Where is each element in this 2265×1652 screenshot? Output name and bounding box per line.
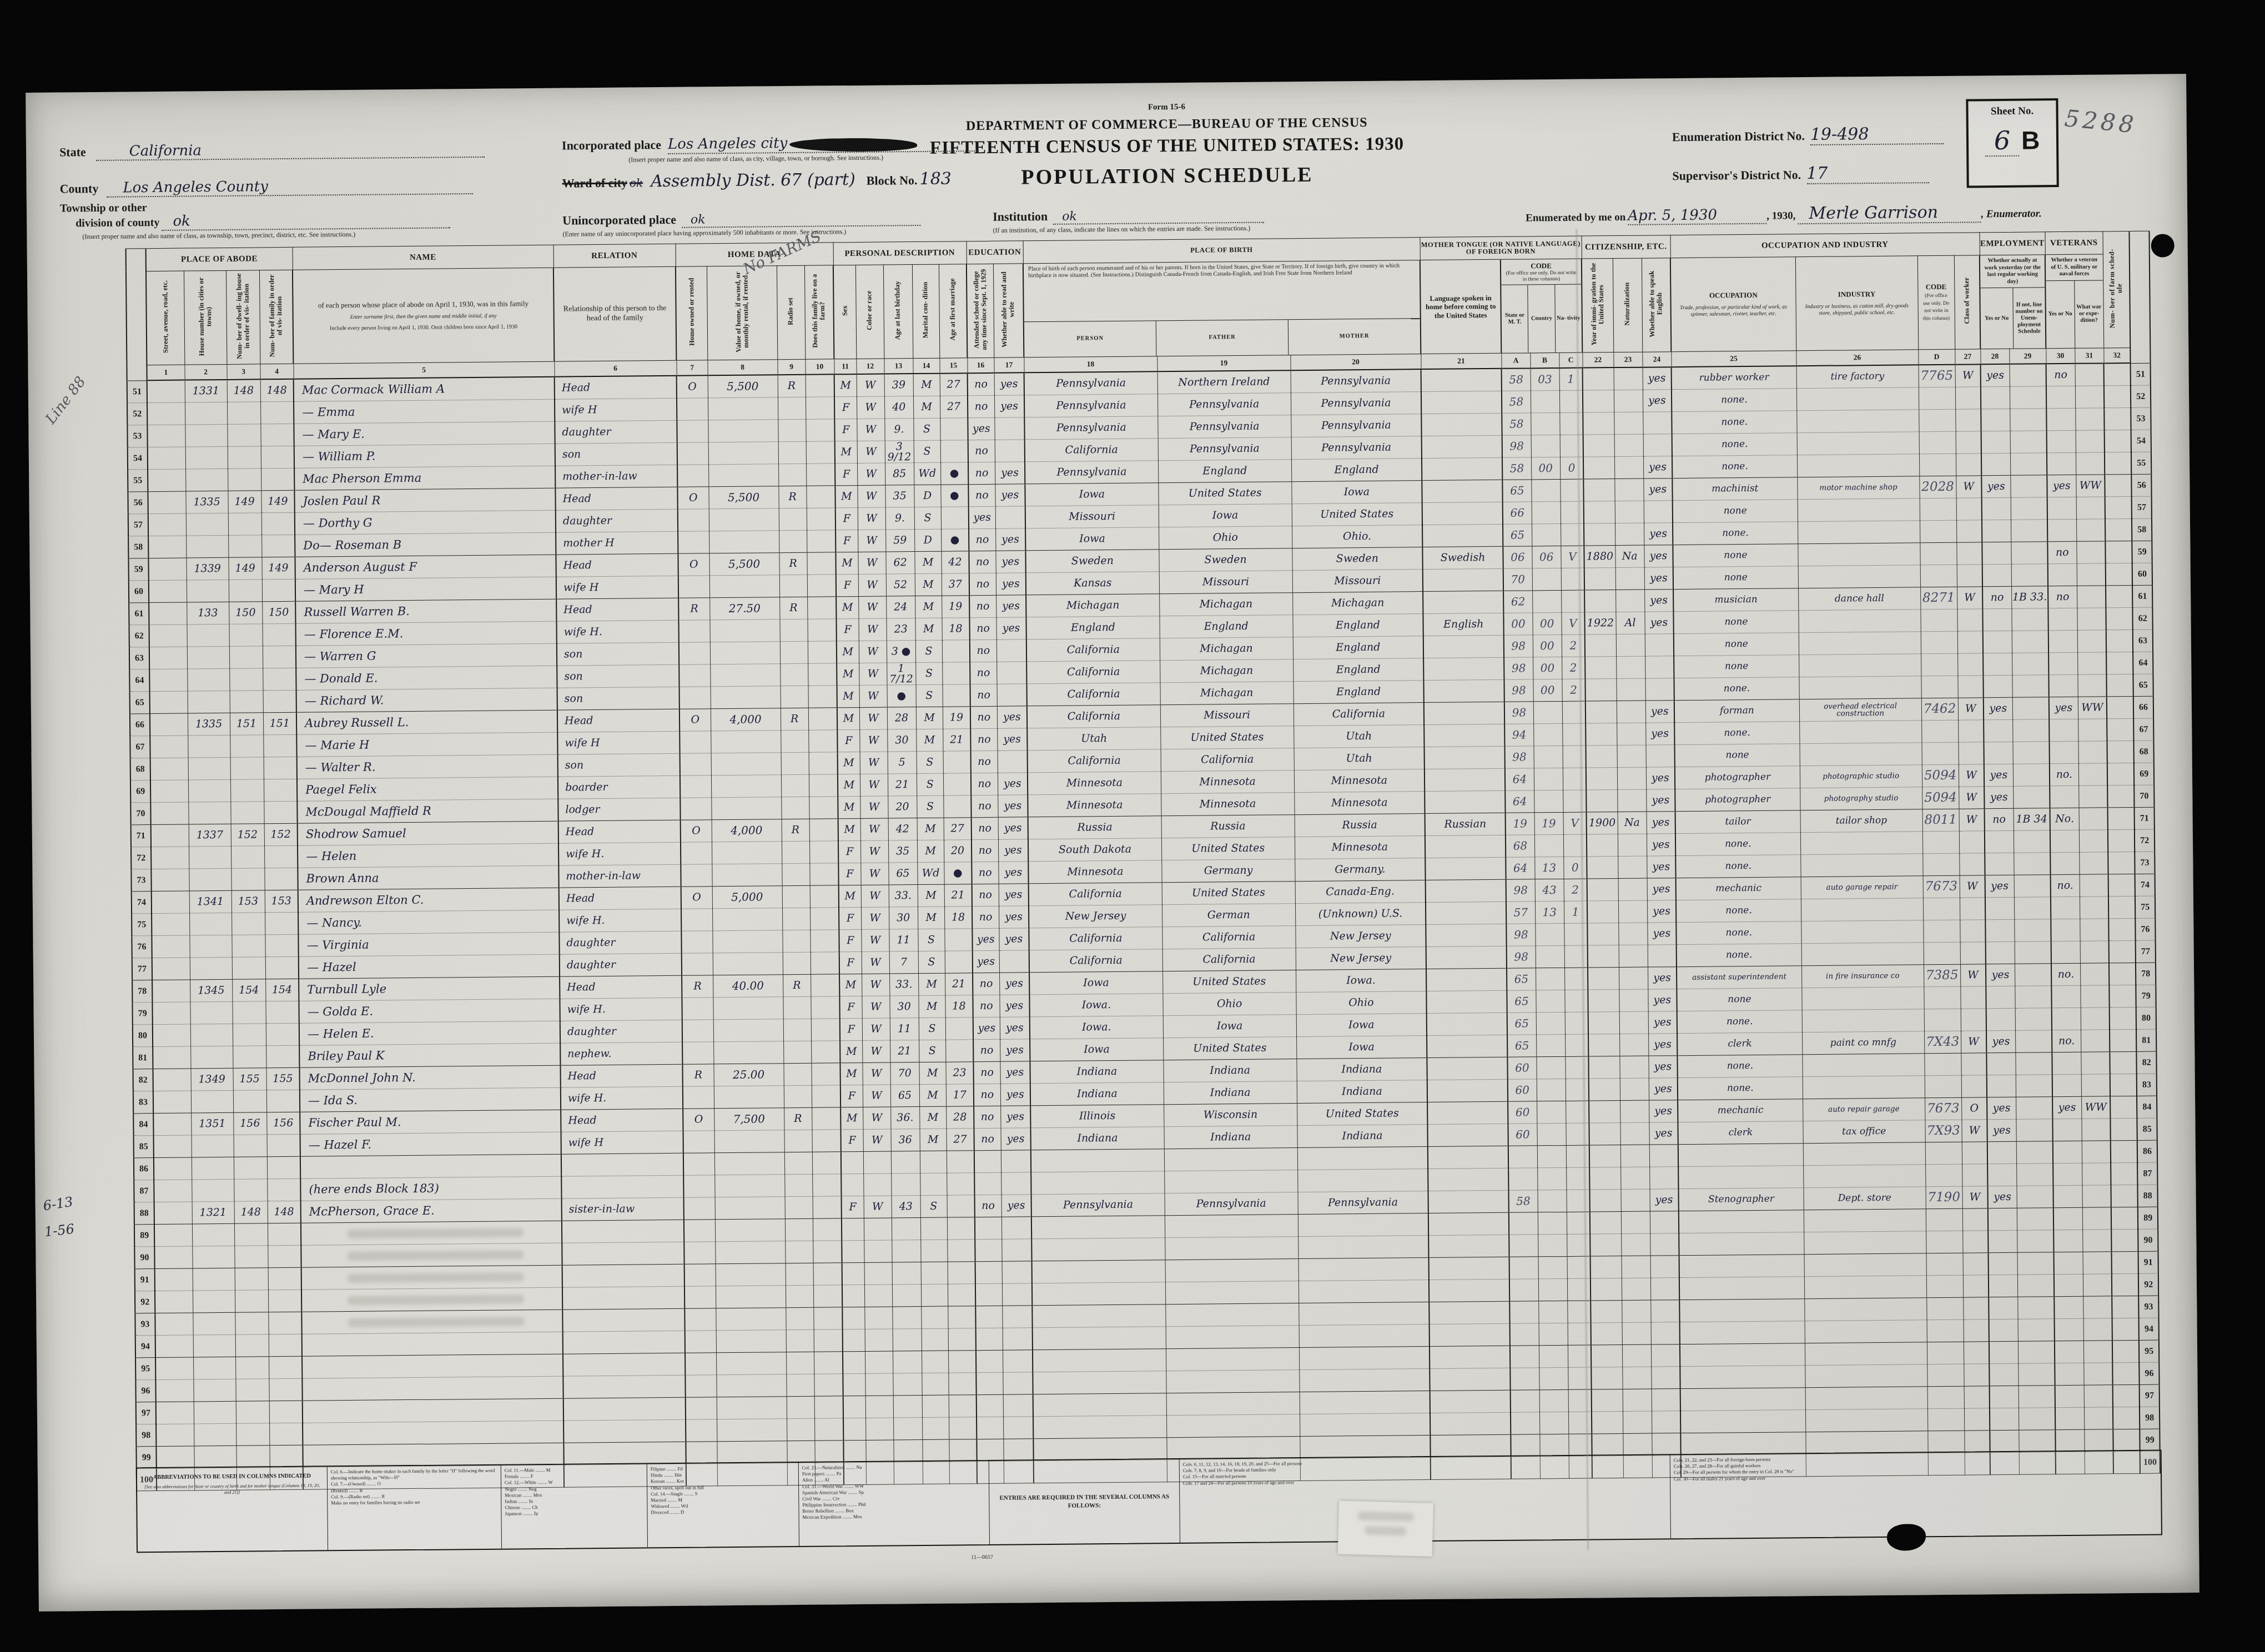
- cell-sex: F: [841, 1129, 863, 1151]
- cell-cA: [1510, 1323, 1539, 1346]
- legend-entries-title: ENTRIES ARE REQUIRED IN THE SEVERAL COLU…: [989, 1459, 1180, 1544]
- cell-bm: Minnesota: [1294, 769, 1425, 793]
- cell-ind: [1796, 387, 1919, 411]
- cell-eng: yes: [1648, 989, 1677, 1011]
- cell-bf: [1166, 1326, 1299, 1349]
- cell-cC: [1562, 723, 1585, 746]
- cell-mt: [1428, 1235, 1509, 1257]
- cell-own: [684, 1242, 715, 1264]
- cell-ind: [1801, 920, 1923, 944]
- cell-occ: none: [1673, 566, 1798, 590]
- cell-uln: [2016, 1141, 2053, 1164]
- cell-rel: mother-in-law: [555, 465, 677, 488]
- cell-uln: [2016, 1119, 2053, 1142]
- cell-bf: United States: [1160, 726, 1293, 749]
- cell-own: O: [681, 887, 712, 909]
- line-number-right: 86: [2137, 1140, 2157, 1162]
- cell-eng: yes: [1644, 567, 1673, 590]
- cell-nat: [1614, 456, 1643, 479]
- cell-sch: no: [972, 839, 998, 862]
- line-number-left: 56: [128, 492, 148, 514]
- cell-cls: W: [1958, 698, 1984, 720]
- line-number-right: 65: [2133, 674, 2153, 696]
- cell-fsch: [2105, 518, 2132, 541]
- cell-age: [892, 1307, 921, 1329]
- cell-emp: [1989, 1252, 2017, 1275]
- cell-eng: yes: [1643, 390, 1672, 412]
- cell-street: [155, 1335, 193, 1358]
- cell-sex: F: [835, 463, 857, 485]
- cell-rw: yes: [996, 617, 1026, 639]
- cell-bf: Pennsylvania: [1158, 437, 1291, 461]
- cell-eng: yes: [1647, 812, 1675, 834]
- cell-radio: [783, 1063, 811, 1085]
- cell-bp: California: [1029, 883, 1162, 906]
- line-number-left: 82: [133, 1069, 153, 1091]
- cell-sch: yes: [972, 928, 999, 950]
- line-number-right: 53: [2131, 407, 2151, 430]
- cell-house: 1335: [185, 491, 228, 513]
- cell-agem: 18: [944, 906, 972, 929]
- cell-occ: none.: [1672, 433, 1797, 456]
- line-number-right: 77: [2136, 940, 2156, 963]
- cell-eng: yes: [1643, 456, 1672, 479]
- state-value: California: [129, 142, 202, 159]
- cell-cA: 68: [1506, 835, 1534, 857]
- cell-emp: yes: [1986, 964, 2015, 986]
- enumerator-name: Merle Garrison: [1809, 203, 1938, 223]
- cell-mar: M: [915, 596, 942, 618]
- cell-farm: [806, 397, 834, 419]
- cell-agem: [948, 1262, 975, 1284]
- cell-sch: no: [972, 884, 999, 906]
- column-number: 12: [856, 359, 884, 374]
- cell-cC: [1568, 1412, 1592, 1434]
- cell-bf: California: [1162, 948, 1296, 971]
- legend-block-4: Col. 23.—Naturalized ........ NaFirst pa…: [798, 1461, 989, 1546]
- cell-farm: [814, 1441, 843, 1463]
- cell-family: [267, 1156, 300, 1179]
- cell-cA: [1509, 1235, 1538, 1257]
- cell-race: W: [862, 1040, 890, 1062]
- cell-rel: [562, 1308, 684, 1332]
- cell-bm: Pennsylvania: [1291, 414, 1421, 437]
- cell-cls: [1964, 1431, 1990, 1453]
- cell-vet: [2053, 1119, 2082, 1141]
- cell-eng: yes: [1645, 701, 1674, 723]
- cell-mar: M: [919, 1062, 945, 1084]
- cell-radio: [779, 530, 807, 552]
- cell-nat: [1618, 923, 1647, 945]
- cell-imm: [1587, 901, 1618, 923]
- cell-rw: yes: [998, 795, 1028, 817]
- line-number-left: 57: [128, 514, 148, 536]
- cell-eng: yes: [1648, 1011, 1677, 1034]
- cell-imm: [1590, 1234, 1621, 1256]
- cell-own: [677, 442, 708, 465]
- cell-sch: no: [968, 395, 994, 417]
- cell-emp: [1984, 719, 2012, 742]
- cell-sch: no: [974, 1061, 1000, 1084]
- cell-radio: [782, 908, 810, 930]
- cell-mar: S: [916, 684, 943, 707]
- cell-cB: [1533, 701, 1562, 723]
- cell-mar: M: [915, 573, 942, 596]
- cell-own: [683, 1131, 714, 1153]
- line-number-left: 78: [132, 980, 152, 1003]
- cell-bf: Michagan: [1160, 682, 1293, 705]
- cell-rw: yes: [999, 906, 1029, 928]
- cell-emp: [1990, 1408, 2019, 1430]
- cell-val: [714, 1086, 784, 1109]
- cell-family: [262, 579, 295, 602]
- cell-occ: none.: [1674, 722, 1799, 745]
- cell-imm: 1900: [1587, 812, 1618, 834]
- cell-eng: [1650, 1233, 1679, 1256]
- cell-bp: Sweden: [1025, 550, 1159, 573]
- line-number-right: 96: [2139, 1362, 2159, 1384]
- cell-agem: 21: [943, 729, 970, 751]
- cell-cA: 65: [1507, 968, 1536, 990]
- column-number: D: [1918, 349, 1955, 365]
- cell-bp: Utah: [1027, 727, 1160, 751]
- cell-farm: [814, 1352, 843, 1374]
- cell-agem: 17: [946, 1084, 974, 1106]
- cell-farm: [806, 441, 835, 464]
- cell-cD: [1926, 1253, 1963, 1276]
- cell-rw: [994, 417, 1024, 440]
- cell-mar: [920, 1217, 947, 1240]
- cell-ind: [1804, 1209, 1926, 1232]
- cell-street: [147, 425, 185, 447]
- cell-val: [714, 1152, 784, 1175]
- cell-ind: [1799, 654, 1921, 677]
- cell-uln: [2012, 719, 2049, 742]
- cell-emp: yes: [1984, 786, 2013, 808]
- cell-farm: [813, 1196, 842, 1218]
- cell-mt: Russian: [1425, 813, 1506, 835]
- cell-age: 65: [888, 863, 917, 885]
- cell-dwell: 152: [231, 824, 264, 847]
- cell-cls: [1959, 853, 1985, 875]
- cell-rw: [995, 506, 1025, 528]
- cell-own: [685, 1353, 716, 1375]
- cell-val: 7,500: [714, 1108, 784, 1131]
- cell-uln: [2012, 608, 2048, 631]
- cell-emp: yes: [1987, 1097, 2016, 1119]
- cell-sch: no: [969, 528, 995, 551]
- cell-val: [708, 442, 778, 465]
- cell-cA: [1511, 1412, 1539, 1434]
- cell-rw: [1001, 1217, 1031, 1239]
- cell-fsch: [2111, 1140, 2137, 1162]
- cell-radio: [779, 619, 807, 641]
- cell-own: [685, 1331, 716, 1353]
- cell-dwell: 148: [227, 379, 260, 402]
- cell-cD: 7190: [1926, 1186, 1962, 1209]
- unincorporated-value: ok: [691, 213, 706, 226]
- cell-cA: 00: [1504, 613, 1533, 635]
- block-value: 183: [919, 169, 952, 188]
- cell-vet: no.: [2050, 763, 2078, 785]
- line-number-left: 89: [134, 1225, 154, 1247]
- cell-emp: [1985, 897, 2014, 919]
- cell-ind: dance hall: [1798, 587, 1920, 611]
- cell-dwell: 148: [234, 1201, 268, 1224]
- cell-imm: [1592, 1412, 1623, 1434]
- cell-cA: 98: [1504, 702, 1533, 724]
- cell-cC: [1568, 1434, 1592, 1456]
- cell-cls: [1960, 920, 1985, 942]
- cell-own: [680, 775, 711, 798]
- cell-farm: [807, 530, 835, 552]
- cell-cD: [1927, 1408, 1964, 1431]
- cell-vet: [2048, 630, 2077, 652]
- cell-cD: 7385: [1924, 964, 1960, 987]
- cell-bf: California: [1161, 748, 1294, 772]
- cell-agem: [949, 1395, 977, 1417]
- cell-bp: Pennsylvania: [1024, 394, 1157, 417]
- cell-bm: Sweden: [1292, 547, 1422, 571]
- group-education: EDUCATION: [967, 241, 1023, 264]
- cell-cA: 60: [1508, 1124, 1537, 1146]
- cell-war: [2082, 1207, 2111, 1230]
- cell-fsch: [2111, 1162, 2137, 1185]
- cell-nat: [1616, 656, 1645, 678]
- cell-age: 9.: [884, 419, 913, 441]
- cell-name: Aubrey Russell L.: [296, 710, 557, 734]
- cell-val: 5,500: [709, 553, 779, 576]
- cell-rw: [1002, 1261, 1032, 1283]
- cell-occ: none: [1675, 744, 1800, 767]
- cell-farm: [806, 419, 834, 441]
- cell-sex: F: [840, 1018, 862, 1040]
- cell-cD: [1920, 520, 1956, 543]
- cell-bp: England: [1026, 616, 1160, 639]
- group-citizenship-etc-: CITIZENSHIP, ETC.: [1582, 235, 1670, 259]
- cell-rel: [562, 1242, 684, 1265]
- cell-own: [686, 1419, 717, 1442]
- cell-dwell: 149: [228, 491, 261, 513]
- cell-house: [190, 1001, 232, 1024]
- cell-nat: [1617, 723, 1645, 745]
- cell-family: [261, 512, 295, 535]
- cell-family: 151: [263, 712, 296, 735]
- line-number-left: 52: [127, 403, 147, 425]
- cell-vet: [2048, 652, 2077, 674]
- cell-agem: 37: [942, 573, 969, 596]
- cell-imm: [1587, 857, 1618, 879]
- scanned-census-page: Form 15-6 DEPARTMENT OF COMMERCE—BUREAU …: [0, 0, 2265, 1652]
- cell-ind: [1798, 498, 1920, 522]
- line-number-right: 87: [2137, 1162, 2157, 1185]
- cell-vet: [2055, 1341, 2083, 1363]
- cell-sch: [976, 1350, 1003, 1372]
- cell-ind: [1797, 432, 1919, 455]
- line-number-right: 85: [2137, 1118, 2157, 1140]
- cell-radio: R: [781, 708, 808, 730]
- cell-val: [717, 1397, 787, 1419]
- cell-rel: wife H.: [559, 909, 681, 932]
- cell-bp: Indiana: [1030, 1082, 1164, 1106]
- cell-rel: Head: [560, 975, 682, 999]
- cell-cA: 94: [1504, 724, 1533, 746]
- cell-occ: clerk: [1678, 1121, 1803, 1145]
- cell-cls: [1962, 1231, 1988, 1253]
- cell-mar: D: [914, 485, 940, 507]
- cell-val: [716, 1286, 786, 1308]
- cell-rel: daughter: [555, 420, 677, 444]
- cell-vet: no: [2048, 586, 2077, 608]
- cell-agem: [944, 929, 972, 951]
- cell-uln: [2018, 1341, 2055, 1364]
- cell-bm: Iowa: [1296, 1036, 1427, 1059]
- cell-cls: W: [1957, 587, 1982, 609]
- cell-race: [865, 1373, 893, 1396]
- line-number-left: 74: [132, 892, 152, 914]
- cell-house: [188, 779, 230, 802]
- cell-cC: [1562, 701, 1585, 723]
- line-number-left: 59: [128, 558, 148, 581]
- cell-street: [154, 1135, 192, 1158]
- cell-emp: [1981, 386, 2010, 409]
- cell-ind: [1804, 1231, 1926, 1255]
- cell-name: McPherson, Grace E.: [301, 1198, 562, 1223]
- cell-fsch: [2104, 407, 2131, 430]
- cell-rel: son: [558, 753, 680, 777]
- cell-bp: [1033, 1416, 1166, 1439]
- cell-mar: M: [914, 551, 941, 573]
- assembly-district-value: Assembly Dist. 67 (part): [651, 170, 855, 191]
- cell-rel: Head: [559, 887, 681, 910]
- cell-emp: [1981, 431, 2010, 453]
- cell-rel: Head: [556, 553, 678, 577]
- cell-cB: [1538, 1278, 1567, 1301]
- cell-cA: 58: [1502, 413, 1531, 435]
- cell-family: [269, 1445, 303, 1468]
- line-number-right: 59: [2132, 541, 2152, 563]
- cell-bf: Iowa: [1159, 504, 1292, 527]
- cell-ind: [1797, 454, 1919, 477]
- line-number-right: 93: [2138, 1296, 2158, 1318]
- cell-cA: 98: [1506, 879, 1535, 901]
- cell-race: [863, 1173, 891, 1196]
- cell-sch: no: [973, 1039, 1000, 1061]
- cell-vet: [2052, 1052, 2081, 1074]
- cell-war: [2083, 1296, 2112, 1318]
- cell-fsch: [2112, 1318, 2139, 1340]
- line-number-right: 80: [2136, 1007, 2156, 1029]
- cell-emp: yes: [1986, 1030, 2015, 1052]
- line-number-right: 89: [2138, 1207, 2158, 1229]
- cell-mar: [920, 1240, 947, 1262]
- cell-age: 21: [888, 774, 917, 796]
- cell-imm: [1585, 634, 1616, 657]
- cell-race: W: [858, 552, 885, 574]
- cell-bm: Ohio: [1296, 991, 1426, 1015]
- cell-bp: California: [1027, 705, 1160, 728]
- cell-house: [188, 802, 230, 824]
- cell-bp: [1033, 1349, 1166, 1372]
- line-number-left: 96: [135, 1380, 155, 1402]
- cell-name: — Warren G: [296, 643, 557, 668]
- cell-age: 65: [890, 1085, 919, 1107]
- column-number: 3: [226, 364, 260, 380]
- cell-sch: no: [968, 440, 995, 462]
- cell-cA: [1510, 1346, 1539, 1368]
- cell-own: [684, 1220, 715, 1242]
- cell-vet: no.: [2052, 1030, 2081, 1052]
- cell-mt: [1428, 1168, 1508, 1191]
- cell-dwell: [235, 1357, 269, 1379]
- cell-mar: M: [920, 1129, 947, 1151]
- cell-ind: [1803, 1142, 1925, 1166]
- cell-dwell: 155: [233, 1068, 266, 1091]
- cell-farm: [809, 863, 838, 885]
- line-number-right: 97: [2140, 1384, 2160, 1407]
- cell-house: [193, 1379, 235, 1402]
- group-place-of-birth: PLACE OF BIRTH: [1023, 238, 1420, 264]
- line-number-left: 55: [128, 470, 148, 492]
- cell-val: [714, 1130, 784, 1153]
- cell-mar: [922, 1351, 948, 1373]
- cell-name: — Golda E.: [299, 999, 560, 1023]
- cell-farm: [812, 1152, 841, 1174]
- cell-nat: [1618, 856, 1647, 878]
- cell-family: [263, 690, 296, 713]
- cell-family: [269, 1378, 302, 1401]
- line-number-left: 58: [128, 536, 148, 558]
- incorporated-field: Incorporated place Los Angeles city (Ins…: [562, 133, 979, 165]
- cell-bp: Minnesota: [1028, 794, 1161, 817]
- cell-bp: [1031, 1171, 1164, 1195]
- cell-war: [2075, 363, 2104, 386]
- cell-eng: [1650, 1256, 1679, 1278]
- cell-cD: [1921, 676, 1958, 698]
- cell-bf: United States: [1158, 482, 1291, 505]
- cell-cC: [1567, 1278, 1590, 1301]
- cell-age: ●: [887, 685, 916, 707]
- cell-house: [189, 913, 231, 935]
- cell-dwell: [232, 1001, 265, 1024]
- cell-uln: [2013, 742, 2050, 764]
- cell-fsch: [2113, 1429, 2140, 1451]
- cell-bp: California: [1029, 949, 1162, 973]
- cell-rw: [1001, 1150, 1031, 1172]
- cell-war: [2077, 630, 2106, 652]
- cell-occ: [1680, 1432, 1805, 1455]
- cell-race: W: [861, 929, 889, 951]
- cell-eng: [1645, 634, 1674, 656]
- cell-nat: [1622, 1367, 1651, 1389]
- cell-street: [153, 1069, 190, 1091]
- cell-radio: [784, 1130, 812, 1152]
- cell-emp: no: [1982, 586, 2011, 608]
- line-number-left: 53: [127, 425, 147, 447]
- cell-sch: no: [969, 551, 995, 573]
- cell-cC: 1: [1564, 901, 1587, 923]
- cell-family: [261, 446, 294, 469]
- cell-ind: [1804, 1276, 1926, 1299]
- cell-ind: [1796, 410, 1919, 433]
- cell-farm: [807, 508, 835, 530]
- cell-imm: [1588, 968, 1619, 990]
- line-number-right: 99: [2140, 1429, 2160, 1451]
- cell-cls: [1957, 631, 1983, 653]
- line-number-left: 63: [129, 647, 149, 669]
- cell-val: [710, 642, 780, 664]
- cell-radio: [785, 1241, 813, 1263]
